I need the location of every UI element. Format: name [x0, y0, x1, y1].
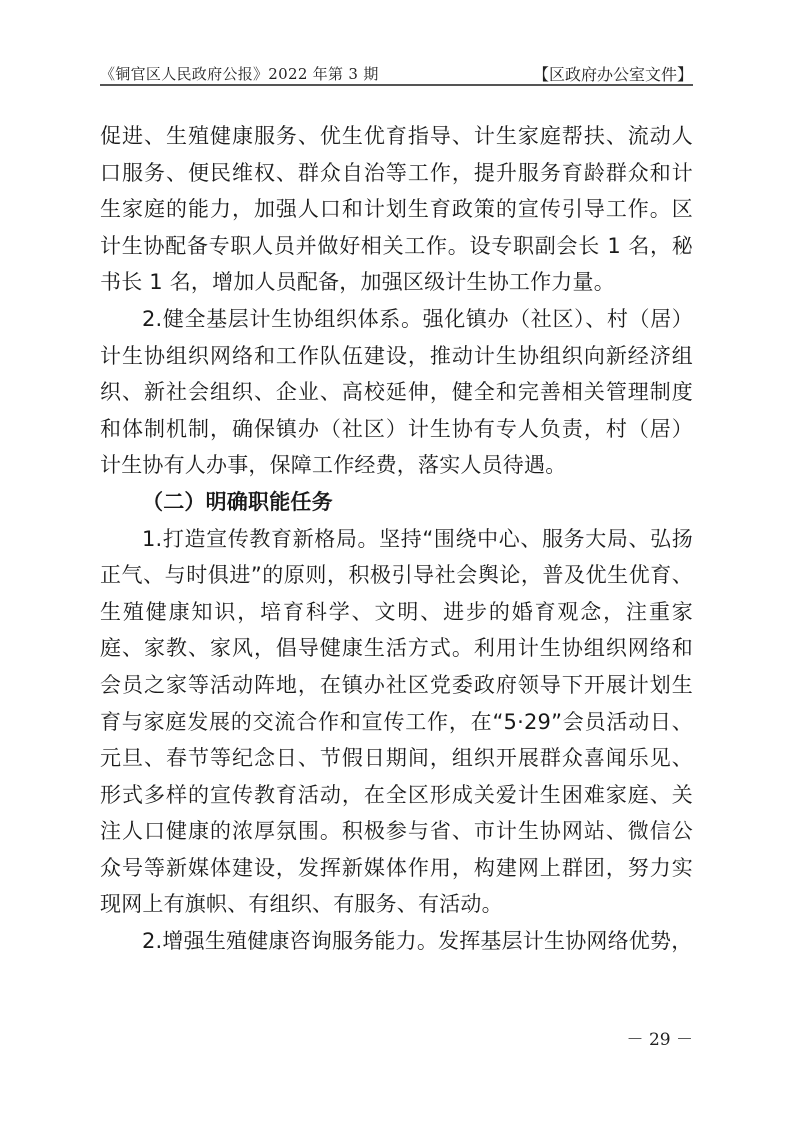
- page-header: 《铜官区人民政府公报》2022 年第 3 期 【区政府办公室文件】: [100, 60, 693, 84]
- section-label: 【区政府办公室文件】: [533, 62, 693, 85]
- paragraph-item-2-organization: 2.健全基层计生协组织体系。强化镇办（社区）、村（居）计生协组织网络和工作队伍建…: [100, 301, 693, 484]
- header-divider: [100, 84, 693, 86]
- paragraph-continuation: 促进、生殖健康服务、优生优育指导、计生家庭帮扶、流动人口服务、便民维权、群众自治…: [100, 118, 693, 301]
- document-body: 促进、生殖健康服务、优生优育指导、计生家庭帮扶、流动人口服务、便民维权、群众自治…: [100, 118, 693, 960]
- paragraph-item-1-publicity: 1.打造宣传教育新格局。坚持“围绕中心、服务大局、弘扬正气、与时俱进”的原则，积…: [100, 521, 693, 924]
- section-heading: （二）明确职能任务: [100, 484, 693, 521]
- paragraph-item-2-health: 2.增强生殖健康咨询服务能力。发挥基层计生协网络优势，: [100, 923, 693, 960]
- publication-title: 《铜官区人民政府公报》2022 年第 3 期: [100, 63, 379, 84]
- page-number: － 29 －: [627, 1025, 693, 1050]
